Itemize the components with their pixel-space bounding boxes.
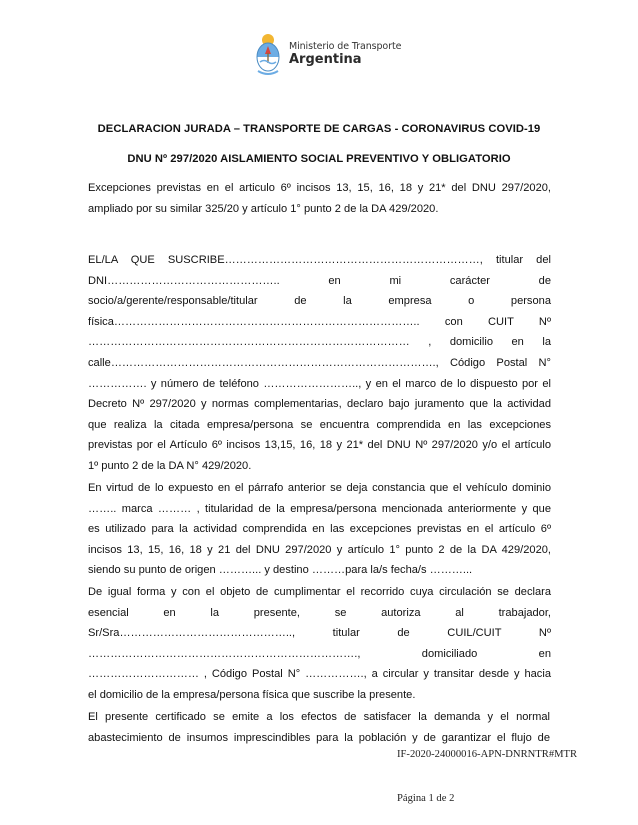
text-line: ………………………………………………………………., domiciliado e… [88, 644, 551, 665]
text-line: el domicilio de la empresa/persona físic… [88, 685, 551, 706]
declarant-paragraph: EL/LA QUE SUSCRIBE…………………………………………………………… [88, 250, 551, 477]
text-line: es utilizado para la actividad comprendi… [88, 519, 551, 540]
text-line: …………………………………………………………………………… , domicili… [88, 332, 551, 353]
text-line: calle……………………………………………………………………………., Cód… [88, 353, 551, 374]
document-id: IF-2020-24000016-APN-DNRNTR#MTR [397, 749, 577, 760]
argentina-coat-of-arms-icon [255, 33, 281, 77]
text-line: Decreto Nº 297/2020 y normas complementa… [88, 394, 551, 415]
document-subtitle: DNU Nº 297/2020 AISLAMIENTO SOCIAL PREVE… [0, 153, 638, 165]
text-line: …….. marca ……… , titularidad de la empre… [88, 499, 551, 520]
text-line: siendo su punto de origen ………... y desti… [88, 560, 551, 581]
text-line: En virtud de lo expuesto en el párrafo a… [88, 478, 551, 499]
text-line: De igual forma y con el objeto de cumpli… [88, 582, 551, 603]
text-line: El presente certificado se emite a los e… [88, 707, 550, 728]
text-line: ……………. y número de teléfono …………………….., … [88, 374, 551, 395]
text-line: ampliado por su similar 325/20 y artícul… [88, 199, 551, 220]
text-line: incisos 13, 15, 16, 18 y 21 del DNU 297/… [88, 540, 551, 561]
text-line: abastecimiento de insumos imprescindible… [88, 728, 550, 749]
vehicle-paragraph: En virtud de lo expuesto en el párrafo a… [88, 478, 551, 581]
text-line: 1º punto 2 de la DA N° 429/2020. [88, 456, 551, 477]
certificate-purpose-paragraph: El presente certificado se emite a los e… [88, 707, 550, 748]
text-line: física……………………………………………………………………….. con … [88, 312, 551, 333]
text-line: Excepciones previstas en el articulo 6º … [88, 178, 551, 199]
country-name: Argentina [289, 53, 401, 68]
text-line: esencial en la presente, se autoriza al … [88, 603, 551, 624]
page-number: Página 1 de 2 [397, 793, 454, 804]
document-title: DECLARACION JURADA – TRANSPORTE DE CARGA… [0, 123, 638, 135]
ministry-header: Ministerio de Transporte Argentina [255, 33, 401, 77]
text-line: ………………………… , Código Postal N° ……………., a … [88, 664, 551, 685]
text-line: socio/a/gerente/responsable/titular de l… [88, 291, 551, 312]
text-line: que realiza la citada empresa/persona se… [88, 415, 551, 436]
text-line: Sr/Sra……………………………………….., titular de CUIL… [88, 623, 551, 644]
worker-paragraph: De igual forma y con el objeto de cumpli… [88, 582, 551, 706]
text-line: DNI……………………………………….. en mi carácter de [88, 271, 551, 292]
text-line: EL/LA QUE SUSCRIBE…………………………………………………………… [88, 250, 551, 271]
text-line: previstas por el Artículo 6º incisos 13,… [88, 435, 551, 456]
intro-paragraph: Excepciones previstas en el articulo 6º … [88, 178, 551, 219]
